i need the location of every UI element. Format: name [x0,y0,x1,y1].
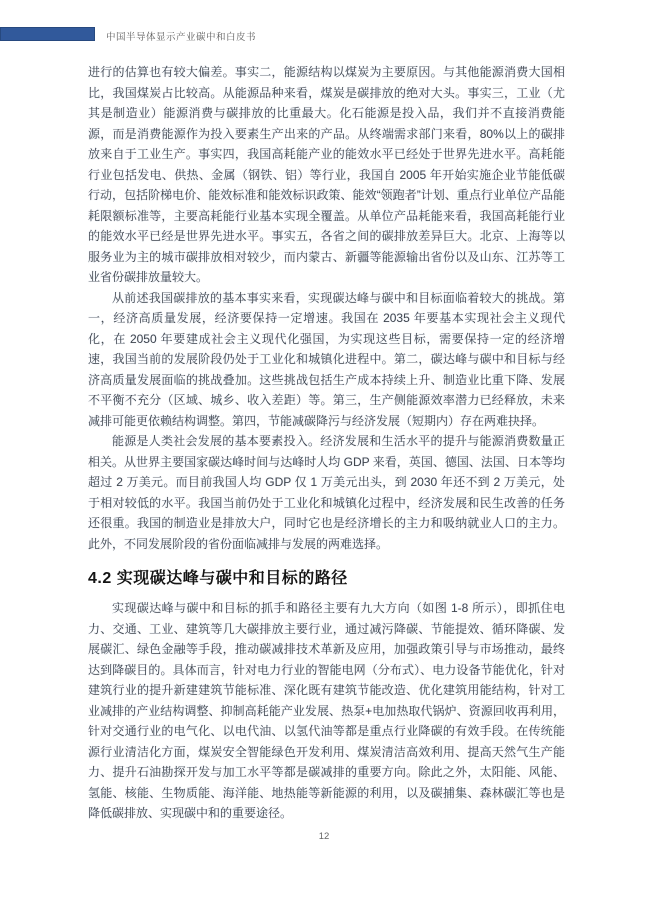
body-paragraph: 能源是人类社会发展的基本要素投入。经济发展和生活水平的提升与能源消费数量正相关。… [88,431,565,554]
page-number: 12 [0,831,648,842]
header-accent-bar [0,27,95,41]
body-paragraph: 实现碳达峰与碳中和目标的抓手和路径主要有九大方向（如图 1-8 所示），即抓住电… [88,598,565,824]
document-page: 中国半导体显示产业碳中和白皮书 进行的估算也有较大偏差。事实二，能源结构以煤炭为… [0,0,648,916]
body-paragraph: 从前述我国碳排放的基本事实来看，实现碳达峰与碳中和目标面临着较大的挑战。第一，经… [88,288,565,432]
document-body: 进行的估算也有较大偏差。事实二，能源结构以煤炭为主要原因。与其他能源消费大国相比… [88,62,565,824]
document-title: 中国半导体显示产业碳中和白皮书 [106,29,256,43]
page-header: 中国半导体显示产业碳中和白皮书 [0,27,648,43]
section-heading: 4.2 实现碳达峰与碳中和目标的路径 [88,568,565,590]
body-paragraph: 进行的估算也有较大偏差。事实二，能源结构以煤炭为主要原因。与其他能源消费大国相比… [88,62,565,288]
